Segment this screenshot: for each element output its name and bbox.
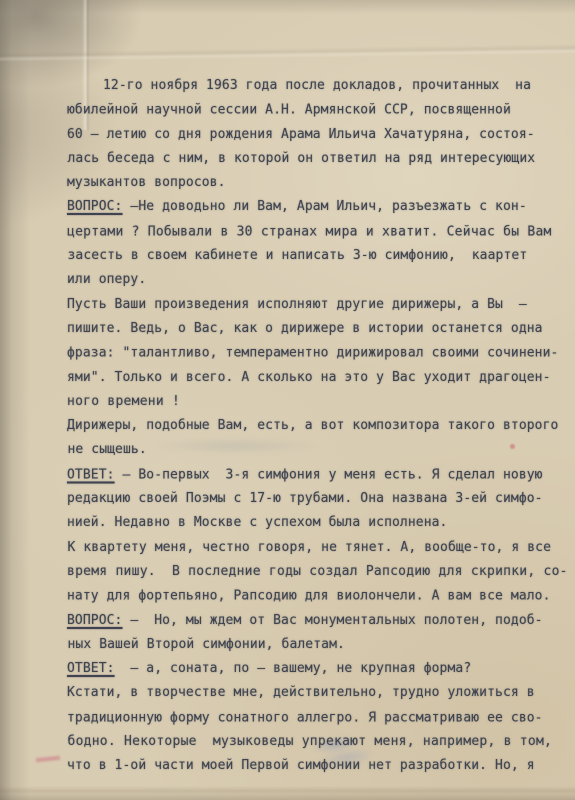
line-text: фраза: "талантливо, темпераментно дирижи… [67,346,558,361]
text-line: ями". Только и всего. А сколько на это у… [67,366,567,390]
line-text: – Но, мы ждем от Вас монументальных поло… [123,613,543,628]
text-line: не сыщешь. [68,438,568,462]
line-text: 12-го ноября 1963 года после докладов, п… [103,78,531,93]
line-text: ных Вашей Второй симфонии, балетам. [68,637,345,652]
line-text: – а, соната, по – вашему, не крупная фор… [115,661,472,676]
line-text: юбилейной научной сессии А.Н. Армянской … [67,103,511,118]
text-line: бодно. Некоторые музыковеды упрекают мен… [68,730,568,754]
text-line: юбилейной научной сессии А.Н. Армянской … [67,99,567,123]
line-text: бодно. Некоторые музыковеды упрекают мен… [68,734,553,749]
text-line: ВОПРОС: – Но, мы ждем от Вас монументаль… [67,609,567,633]
line-text: ями". Только и всего. А сколько на это у… [67,370,551,385]
text-line: или оперу. [67,268,567,292]
text-line: музыкантов вопросов. [67,171,567,195]
text-line: время пишу. В последние годы создал Рапс… [67,560,567,584]
text-line: нату для фортепьяно, Рапсодию для виолон… [67,585,567,609]
text-line: Дирижеры, подобные Вам, есть, а вот комп… [67,414,567,438]
text-line: ных Вашей Второй симфонии, балетам. [68,633,568,657]
text-line: Пусть Ваши произведения исполняют другие… [67,293,567,317]
line-text: или оперу. [67,272,146,287]
text-line: ОТВЕТ: – а, соната, по – вашему, не круп… [67,657,567,681]
line-text: музыкантов вопросов. [67,175,226,190]
line-text: 60 – летию со дня рождения Арама Ильича … [67,127,535,142]
text-line: ОТВЕТ: – Во-первых 3-я симфония у меня е… [67,463,567,487]
text-line: нией. Недавно в Москве с успехом была ис… [67,511,567,535]
text-line: ВОПРОС: –Не доводьно ли Вам, Арам Ильич,… [67,195,567,219]
line-text: пишите. Ведь, о Вас, как о дирижере в ис… [67,321,543,336]
line-text: время пишу. В последние годы создал Рапс… [67,564,568,579]
line-text: не сыщешь. [68,442,147,457]
text-line: К квартету меня, честно говоря, не тянет… [68,536,568,560]
line-text: традиционную форму сонатного аллегро. Я … [67,710,543,725]
text-line: цертами ? Побывали в 30 странах мира и х… [67,220,567,244]
text-line: засесть в своем кабинете и написать 3-ю … [68,244,568,268]
line-text: цертами ? Побывали в 30 странах мира и х… [67,224,552,239]
text-line: пишите. Ведь, о Вас, как о дирижере в ис… [67,317,567,341]
line-text: –Не доводьно ли Вам, Арам Ильич, разъезж… [123,199,527,214]
line-text: К квартету меня, честно говоря, не тянет… [68,540,552,555]
speaker-label: ВОПРОС: [67,199,123,214]
paper-edge-shadow [0,786,575,794]
line-text: что в 1-ой части моей Первой симфонии не… [67,758,535,773]
speaker-label: ВОПРОС: [67,613,123,628]
line-text: лась беседа с ним, в которой он ответил … [68,151,536,166]
text-line: 60 – летию со дня рождения Арама Ильича … [67,123,567,147]
line-text: Дирижеры, подобные Вам, есть, а вот комп… [67,418,558,433]
text-line: что в 1-ой части моей Первой симфонии не… [67,754,567,778]
text-line: 12-го ноября 1963 года после докладов, п… [67,74,567,98]
text-line: редакцию своей Поэмы с 17-ю трубами. Она… [67,487,567,511]
text-line: традиционную форму сонатного аллегро. Я … [67,706,567,730]
speaker-label: ОТВЕТ: [67,467,115,482]
line-text: Пусть Ваши произведения исполняют другие… [67,297,527,312]
text-line: ного времени ! [67,390,567,414]
text-line: лась беседа с ним, в которой он ответил … [68,147,568,171]
line-text: нией. Недавно в Москве с успехом была ис… [67,515,447,530]
line-text: ного времени ! [67,394,180,409]
typewritten-text-block: 12-го ноября 1963 года после докладов, п… [67,74,567,779]
line-text: Кстати, в творчестве мне, действительно,… [67,685,535,700]
line-text: нату для фортепьяно, Рапсодию для виолон… [67,589,551,604]
pencil-mark [36,756,60,762]
line-text: редакцию своей Поэмы с 17-ю трубами. Она… [67,491,543,506]
line-text: – Во-первых 3-я симфония у меня есть. Я … [115,467,543,482]
line-text: засесть в своем кабинете и написать 3-ю … [68,248,528,263]
text-line: фраза: "талантливо, темпераментно дирижи… [67,342,567,366]
scanned-page: 12-го ноября 1963 года после докладов, п… [0,0,575,800]
text-line: Кстати, в творчестве мне, действительно,… [67,681,567,705]
speaker-label: ОТВЕТ: [67,661,115,676]
